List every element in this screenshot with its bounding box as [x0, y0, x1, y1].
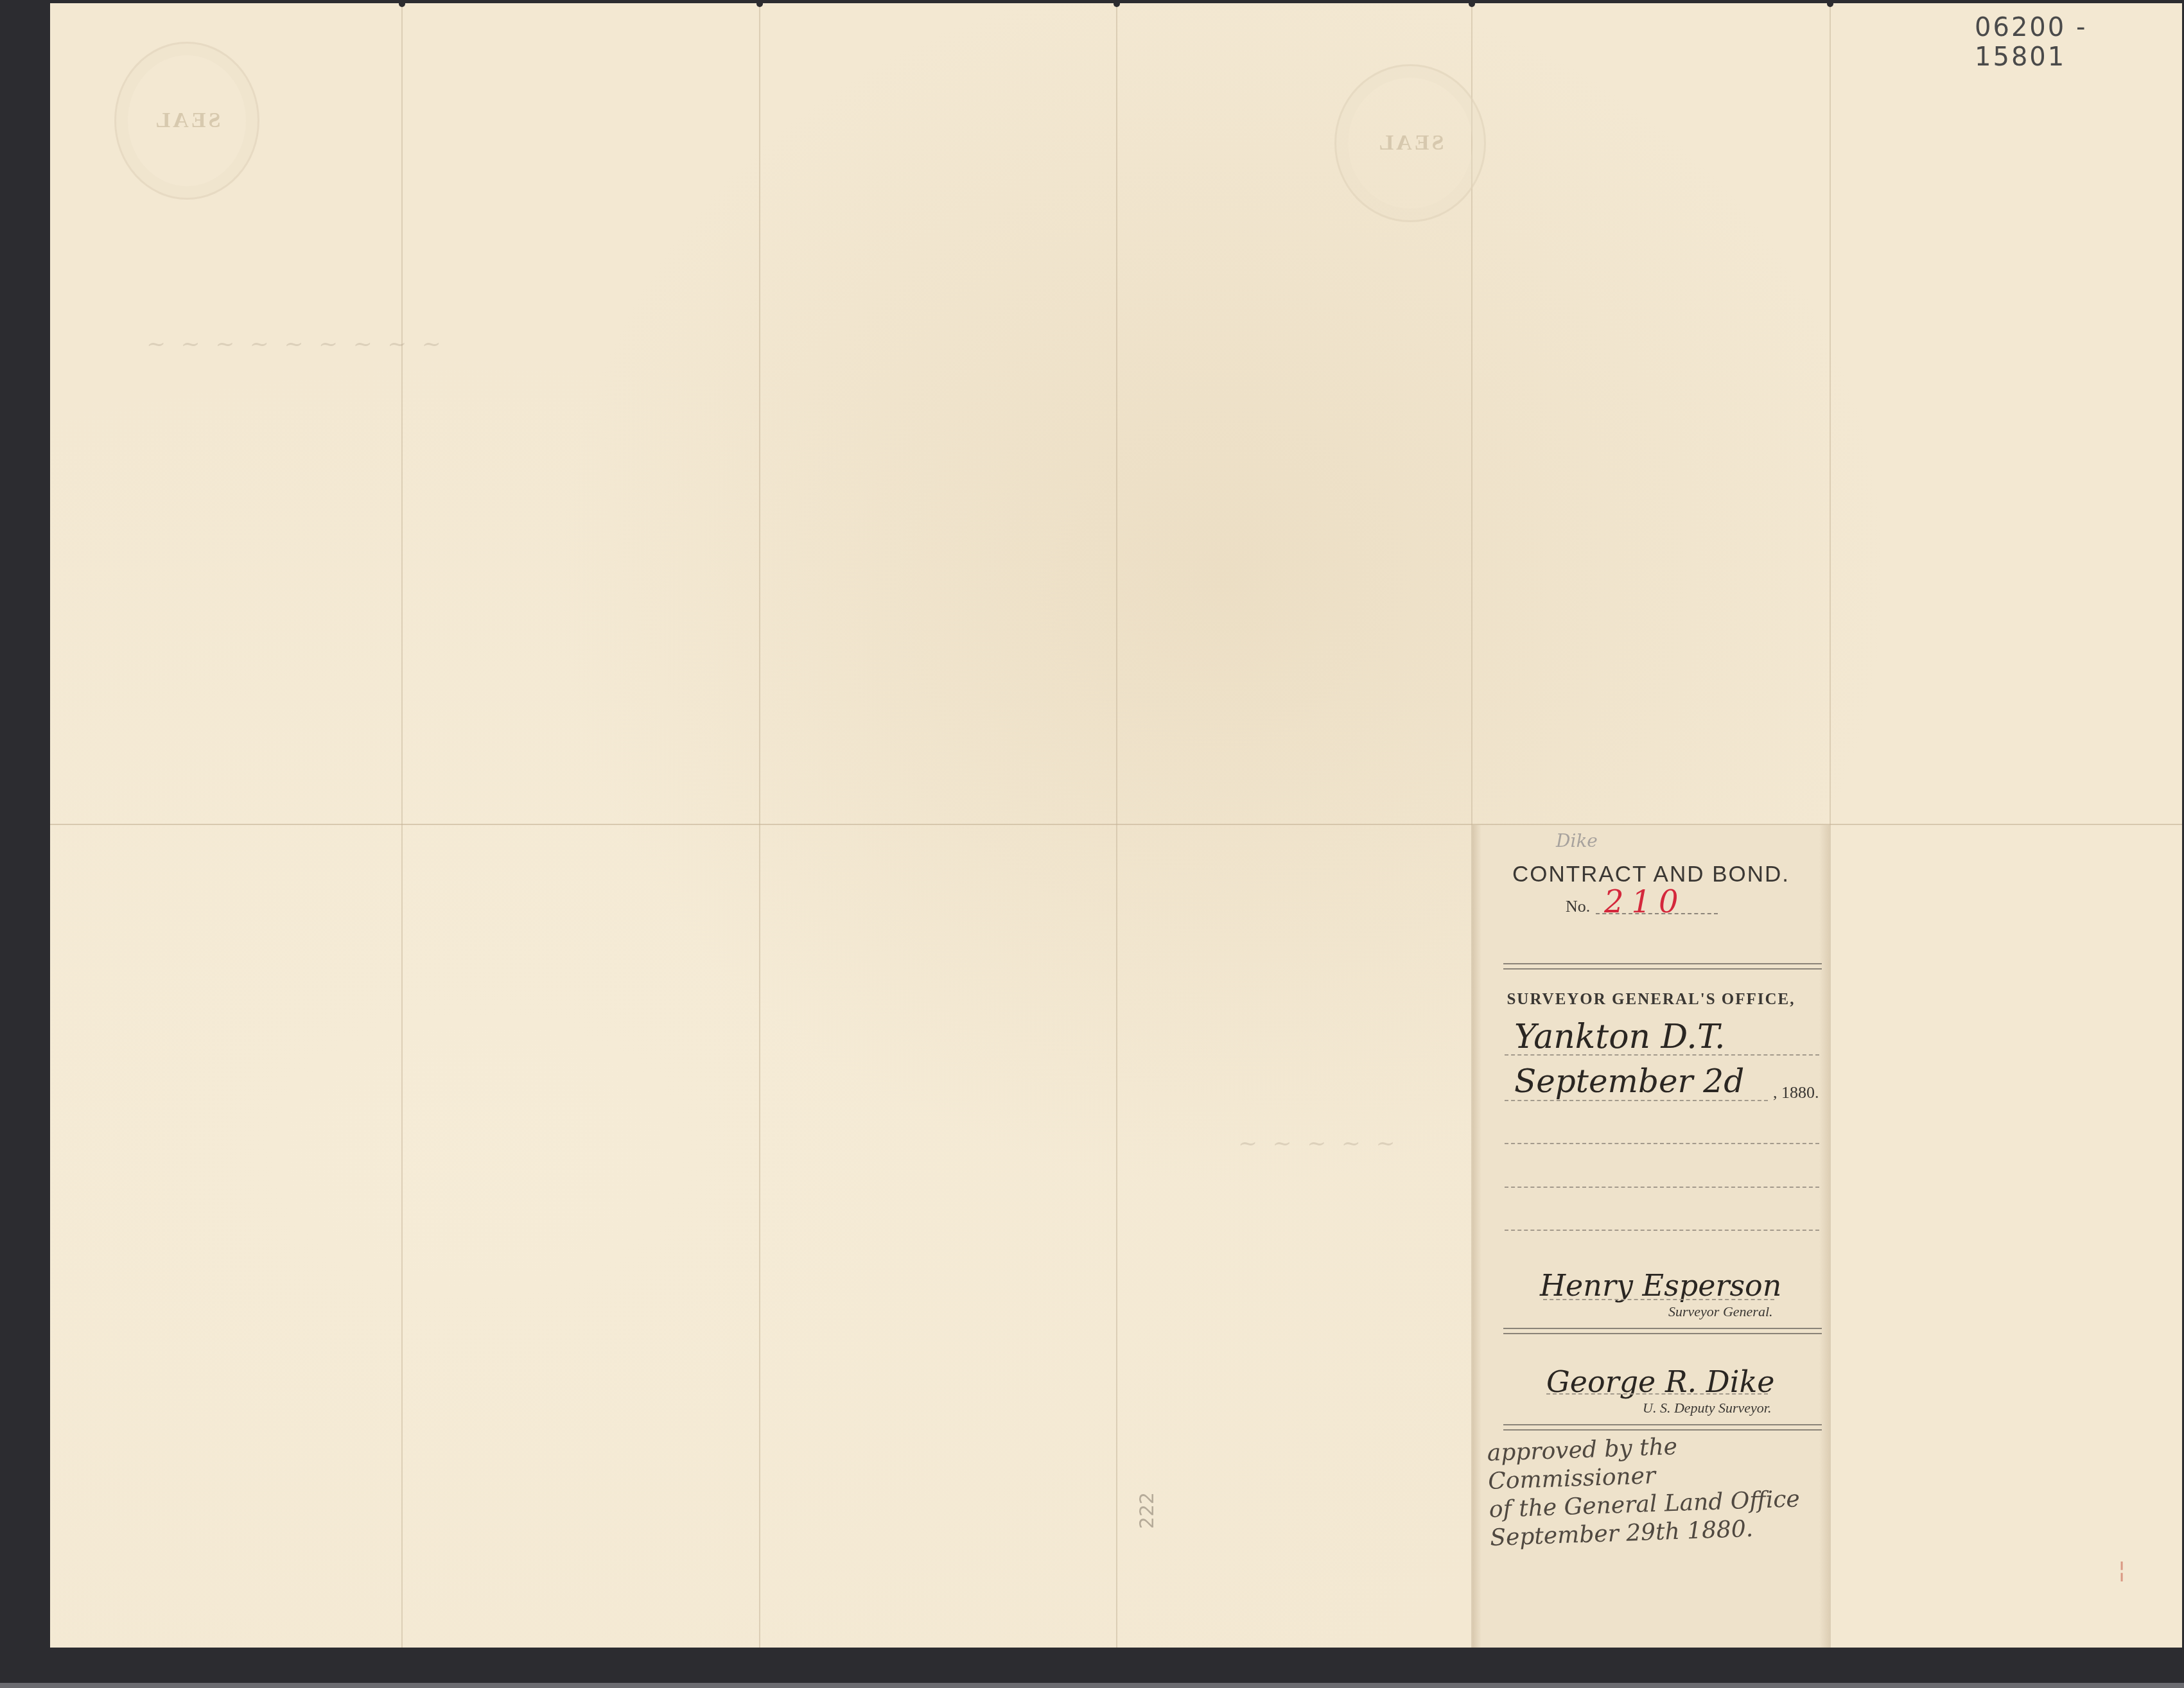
office-heading: SURVEYOR GENERAL'S OFFICE,	[1472, 991, 1830, 1009]
number-label: No.	[1566, 897, 1590, 916]
archive-reference-number: 06200 - 15801	[1975, 13, 2184, 72]
folded-document-sheet: SEAL SEAL ~ ~ ~ ~ ~ ~ ~ ~ ~ ~ ~ ~ ~ ~ 22…	[50, 3, 2182, 1648]
signature-line	[1546, 1393, 1768, 1395]
cover-title: CONTRACT AND BOND.	[1472, 862, 1830, 887]
horizontal-fold	[50, 824, 2182, 825]
fold-notch	[1469, 3, 1475, 7]
dotted-line	[1505, 1230, 1819, 1231]
pencil-note: Dike	[1556, 830, 1598, 851]
approval-note: approved by the Commissioner of the Gene…	[1487, 1428, 1824, 1553]
fold-notch	[1114, 3, 1120, 7]
fold-notch	[399, 3, 405, 7]
vertical-fold-1	[401, 3, 403, 1648]
surveyor-general-signature: Henry Esperson	[1540, 1268, 1781, 1303]
rotated-pencil-number: 222	[1136, 1492, 1158, 1529]
dotted-line	[1505, 1054, 1819, 1056]
place-handwritten: Yankton D.T.	[1514, 1018, 1725, 1056]
embossed-seal-icon: SEAL	[114, 42, 259, 200]
year-printed: , 1880.	[1773, 1083, 1819, 1102]
bleed-through-handwriting: ~ ~ ~ ~ ~ ~ ~ ~ ~	[146, 331, 445, 357]
date-handwritten: September 2d	[1514, 1063, 1744, 1100]
bleed-through-handwriting: ~ ~ ~ ~ ~	[1238, 1130, 1399, 1156]
fold-notch	[756, 3, 763, 7]
dotted-line	[1505, 1187, 1819, 1188]
contract-number: 210	[1604, 884, 1686, 920]
signature-line	[1543, 1299, 1774, 1300]
deputy-surveyor-title: U. S. Deputy Surveyor.	[1643, 1400, 1771, 1416]
scanner-bottom-edge	[0, 1683, 2184, 1688]
surveyor-general-title: Surveyor General.	[1668, 1303, 1773, 1320]
red-ink-mark: ¦	[2118, 1557, 2126, 1583]
double-rule-divider	[1503, 963, 1822, 970]
double-rule-divider	[1503, 1328, 1822, 1334]
embossed-seal-icon: SEAL	[1334, 64, 1486, 222]
dotted-line	[1505, 1100, 1768, 1101]
contract-bond-cover-panel: Dike CONTRACT AND BOND. No. 210 SURVEYOR…	[1472, 825, 1830, 1648]
vertical-fold-2	[759, 3, 760, 1648]
vertical-fold-3	[1116, 3, 1117, 1648]
vertical-fold-5	[1830, 3, 1831, 1648]
fold-notch	[1827, 3, 1833, 7]
dotted-line	[1505, 1143, 1819, 1144]
